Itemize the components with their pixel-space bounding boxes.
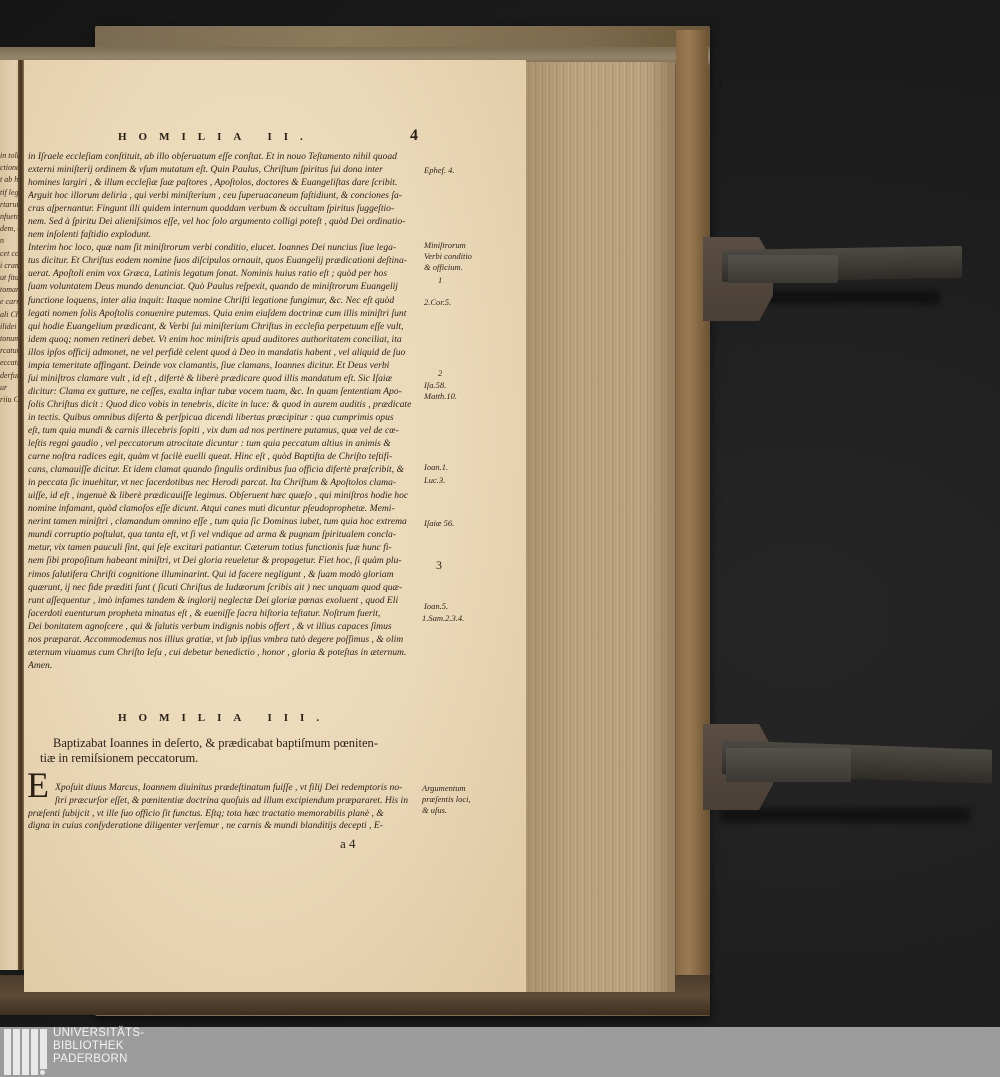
text-line: uiſſe, id eſt , ingenuè & liberè prædica… xyxy=(28,489,420,502)
margin-note: 1.Sam.2.3.4. xyxy=(422,613,464,624)
left-fragment: riiu CD xyxy=(0,394,18,406)
margin-note: Ioan.1. xyxy=(424,462,448,473)
text-line: Arguit hoc illorum deliria , qui verbi m… xyxy=(28,189,420,202)
text-line: digna in cuius conſyderatione diligenter… xyxy=(28,820,420,833)
margin-note: Iſaiæ 56. xyxy=(424,518,454,529)
left-fragment: tonum, xyxy=(0,333,18,345)
library-footer-bar xyxy=(0,1027,1000,1077)
left-fragment: eccati xyxy=(0,357,18,369)
text-line: quærunt, ij nec fide præditi ſunt ( ſicu… xyxy=(28,581,420,594)
upper-clasp-hook xyxy=(728,255,838,283)
text-line: nomine infamant, quòd clamoſos eſſe dicu… xyxy=(28,502,420,515)
text-line: leſtis regni gaudio , vel peccatorum atr… xyxy=(28,437,420,450)
left-fragment: n xyxy=(0,235,18,247)
drop-cap: E xyxy=(27,768,49,802)
text-line: mundi corruptio poſtulat, qua tanta eſt,… xyxy=(28,528,420,541)
title-line: Baptizabat Ioannes in deſerto, & prædica… xyxy=(53,736,453,751)
text-line: externi miniſterij ordinem & vſum mutatu… xyxy=(28,163,420,176)
text-line: rimos ſalutifera Chriſti cognitione illu… xyxy=(28,568,420,581)
cover-fore-edge xyxy=(676,30,708,1015)
text-line: nos præparat. Accommodemus nos illius gr… xyxy=(28,633,420,646)
left-fragment: cet conflu xyxy=(0,248,18,260)
text-line: metur, vix tamen pauculi ſint, qui ſeſe … xyxy=(28,541,420,554)
logo-line: UNIVERSITÄTS- xyxy=(53,1027,144,1040)
left-fragment: in tollas xyxy=(0,150,18,162)
text-line: tus dicitur. Et Chriſtus eodem nomine ſu… xyxy=(28,254,420,267)
left-fragment: derfum xyxy=(0,370,18,382)
margin-note: 2 xyxy=(438,368,442,379)
left-fragment: i crammis xyxy=(0,260,18,272)
text-line: nem inſolenti faſtidio explodunt. xyxy=(28,228,420,241)
title-line: tiæ in remiſsionem peccatorum. xyxy=(40,751,453,766)
margin-note: Argumentum xyxy=(422,783,466,794)
text-line: nem. Sed à ſpiritu Dei alieniſsimos eſſe… xyxy=(28,215,420,228)
left-fragment: ali Chri xyxy=(0,309,18,321)
text-line: in Iſraele eccleſiam conſtituit, ab illo… xyxy=(28,150,420,163)
text-line: cras aſpernantur. Fingunt illi quidem in… xyxy=(28,202,420,215)
text-line: in peccata ſic inuehitur, vt nec ſacerdo… xyxy=(28,476,420,489)
text-line: homines largiri , & illum eccleſiæ ſuæ p… xyxy=(28,176,420,189)
text-line: præſenti ſubijcit , vt ille ſuo officio … xyxy=(28,808,420,821)
text-line: impia temeritate affingant. Deinde vox c… xyxy=(28,359,420,372)
text-line: æternum viuamus cum Chriſto Ieſu , cui d… xyxy=(28,646,420,659)
text-line: Xpoſuit diuus Marcus, Ioannem diuinitus … xyxy=(55,782,420,795)
text-line: qui hodie Euangelium prædicant, & Verbi … xyxy=(28,320,420,333)
library-logo-icon xyxy=(4,1029,46,1075)
text-line: ſolis Chriſtus dicit : Quod dico vobis i… xyxy=(28,398,420,411)
homily-2-body: in Iſraele eccleſiam conſtituit, ab illo… xyxy=(28,150,420,672)
section-heading: HOMILIA III. xyxy=(118,712,331,724)
left-fragment: tif legem xyxy=(0,187,18,199)
text-line: ſtri præcurſor eſſet, & pœnitentiæ doctr… xyxy=(55,795,420,808)
text-line: idem quoq; nomen retineri debet. Vt enim… xyxy=(28,333,420,346)
signature-mark: a 4 xyxy=(340,836,356,852)
text-line: nem ſibi propoſitum habeant miniſtri, vt… xyxy=(28,554,420,567)
text-line: Dei bonitatem agnoſcere , qui & ſalutis … xyxy=(28,620,420,633)
margin-note: 3 xyxy=(436,560,442,571)
left-fragment: ctionem, xyxy=(0,162,18,174)
margin-note: Ioan.5. xyxy=(424,601,448,612)
folio-number: 4 xyxy=(410,127,418,145)
homily-3-body: Xpoſuit diuus Marcus, Ioannem diuinitus … xyxy=(55,782,420,833)
margin-note: Ephef. 4. xyxy=(424,165,454,176)
margin-note: 1 xyxy=(438,275,442,286)
margin-note: 2.Cor.5. xyxy=(424,297,451,308)
margin-note: & officium. xyxy=(424,262,463,273)
text-line: carne noſtra radices egit, quàm vt facil… xyxy=(28,450,420,463)
text-line: runt aſſequentur , imò infames tandem & … xyxy=(28,594,420,607)
left-fragment: ut fitum xyxy=(0,272,18,284)
left-fragment: tomam,n xyxy=(0,284,18,296)
left-fragment: ur xyxy=(0,382,18,394)
text-line: eſt, tum quia mundi & carnis illecebris … xyxy=(28,424,420,437)
margin-note: præſentis loci, xyxy=(422,794,471,805)
text-line: dicitur: Clama ex gutture, ne ceſſes, ex… xyxy=(28,385,420,398)
margin-note: Iſa.58. xyxy=(424,380,446,391)
logo-line: BIBLIOTHEK xyxy=(53,1040,144,1053)
text-line: ſuam voluntatem Deus mundo denunciat. Qu… xyxy=(28,280,420,293)
text-line: ſacerdoti euenturum propheta minatus eſt… xyxy=(28,607,420,620)
page-block-shade xyxy=(525,62,675,992)
text-line: cans, clamauiſſe dicitur. Et idem clamat… xyxy=(28,463,420,476)
text-line: illos ipſos officij admonet, ne vel perf… xyxy=(28,346,420,359)
text-line: in tectis. Quibus omnibus diſerta & perſ… xyxy=(28,411,420,424)
left-page-text: in tollas ctionem, t ab his tif legem rt… xyxy=(0,150,18,850)
text-line: functione loquens, inter alia inquit: It… xyxy=(28,294,420,307)
left-fragment: e carne xyxy=(0,296,18,308)
section-title: Baptizabat Ioannes in deſerto, & prædica… xyxy=(53,736,453,766)
text-line: legati nomen ſolis Apoſtolis conuenire p… xyxy=(28,307,420,320)
text-line: nerint tamen miniſtri , clamandum omnino… xyxy=(28,515,420,528)
margin-note: Matth.10. xyxy=(424,391,457,402)
text-line: Amen. xyxy=(28,659,420,672)
lower-clasp-shadow xyxy=(720,808,970,822)
text-line: Interim hoc loco, quæ nam ſit miniſtroru… xyxy=(28,241,420,254)
margin-note: Luc.3. xyxy=(424,475,445,486)
lower-clasp-hook xyxy=(726,748,851,782)
left-fragment: rtarum, i xyxy=(0,199,18,211)
left-fragment: ilidei Cr xyxy=(0,321,18,333)
text-line: uerat. Apoſtoli enim vox Græca, Latinis … xyxy=(28,267,420,280)
running-head: HOMILIA II. xyxy=(118,131,428,143)
left-fragment: t ab his xyxy=(0,174,18,186)
text-line: ſui miniſtros clamare vult , id eſt , di… xyxy=(28,372,420,385)
margin-note: Verbi conditio xyxy=(424,251,472,262)
margin-note: Miniſtrorum xyxy=(424,240,466,251)
left-fragment: rcatum xyxy=(0,345,18,357)
logo-line: PADERBORN xyxy=(53,1053,144,1066)
margin-note: & uſus. xyxy=(422,805,447,816)
library-logo-text: UNIVERSITÄTS- BIBLIOTHEK PADERBORN xyxy=(53,1027,144,1066)
left-fragment: nfuetudo xyxy=(0,211,18,223)
left-fragment: dem, quo xyxy=(0,223,18,235)
